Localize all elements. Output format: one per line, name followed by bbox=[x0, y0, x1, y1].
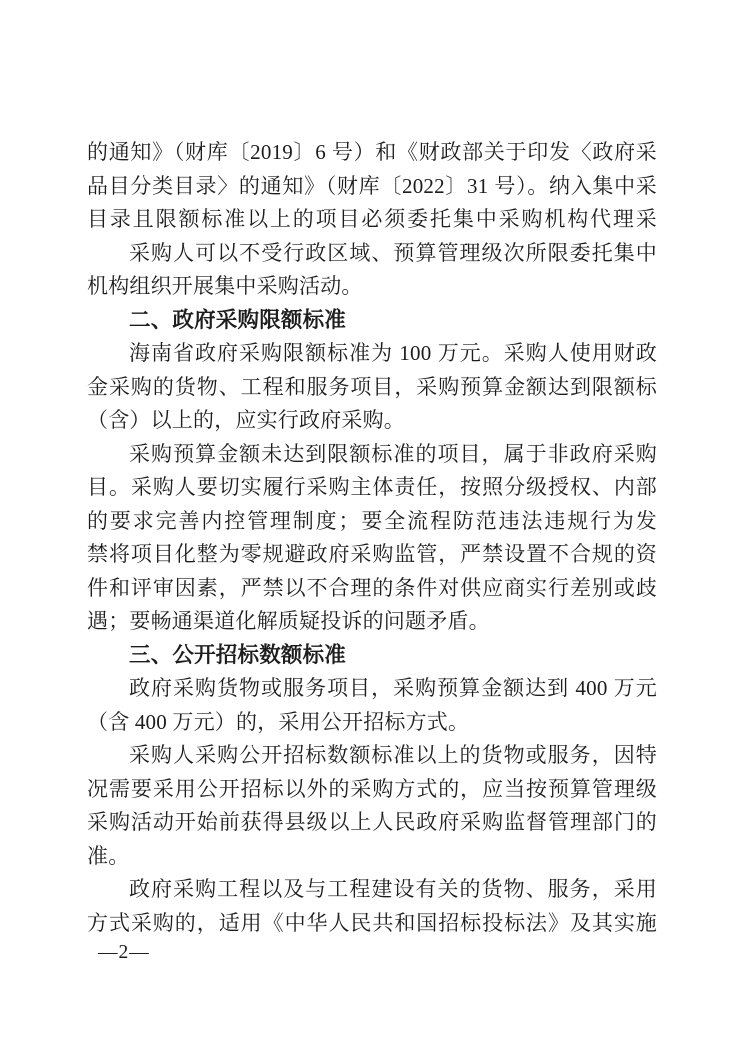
text-line: 方式采购的，适用《中华人民共和国招标投标法》及其实施条例； bbox=[87, 907, 657, 941]
section-heading: 二、政府采购限额标准 bbox=[87, 304, 657, 338]
document-page: 的通知》（财库〔2019〕6 号）和《财政部关于印发〈政府采购 品目分类目录〉的… bbox=[0, 0, 750, 1061]
text-line: 目录且限额标准以上的项目必须委托集中采购机构代理采购。 bbox=[87, 203, 657, 237]
text-line: 的通知》（财库〔2019〕6 号）和《财政部关于印发〈政府采购 bbox=[87, 136, 657, 170]
text-line: （含 400 万元）的，采用公开招标方式。 bbox=[87, 706, 657, 740]
text-line: 品目分类目录〉的通知》（财库〔2022〕31 号）。纳入集中采购 bbox=[87, 170, 657, 204]
section-heading: 三、公开招标数额标准 bbox=[87, 639, 657, 673]
page-number: —2— bbox=[98, 942, 150, 964]
text-line: 况需要采用公开招标以外的采购方式的，应当按预算管理级次在 bbox=[87, 773, 657, 807]
text-line: 采购人采购公开招标数额标准以上的货物或服务，因特殊情 bbox=[87, 739, 657, 773]
text-line: 采购预算金额未达到限额标准的项目，属于非政府采购项 bbox=[87, 438, 657, 472]
text-block: 的通知》（财库〔2019〕6 号）和《财政部关于印发〈政府采购 品目分类目录〉的… bbox=[87, 136, 657, 940]
text-line: 件和评审因素，严禁以不合理的条件对供应商实行差别或歧视待 bbox=[87, 572, 657, 606]
text-line: 采购人可以不受行政区域、预算管理级次所限委托集中采购 bbox=[87, 237, 657, 271]
text-line: 采购活动开始前获得县级以上人民政府采购监督管理部门的批 bbox=[87, 806, 657, 840]
text-line: 目。采购人要切实履行采购主体责任，按照分级授权、内部牵制 bbox=[87, 471, 657, 505]
text-line: 禁将项目化整为零规避政府采购监管，严禁设置不合规的资格条 bbox=[87, 538, 657, 572]
text-line: 的要求完善内控管理制度；要全流程防范违法违规行为发生，严 bbox=[87, 505, 657, 539]
text-line: 政府采购货物或服务项目，采购预算金额达到 400 万元以上 bbox=[87, 672, 657, 706]
text-line: 政府采购工程以及与工程建设有关的货物、服务，采用招标 bbox=[87, 873, 657, 907]
text-line: 准。 bbox=[87, 840, 657, 874]
text-line: 海南省政府采购限额标准为 100 万元。采购人使用财政性资 bbox=[87, 337, 657, 371]
text-line: （含）以上的，应实行政府采购。 bbox=[87, 404, 657, 438]
text-line: 金采购的货物、工程和服务项目，采购预算金额达到限额标准 bbox=[87, 371, 657, 405]
text-line: 机构组织开展集中采购活动。 bbox=[87, 270, 657, 304]
text-line: 遇；要畅通渠道化解质疑投诉的问题矛盾。 bbox=[87, 605, 657, 639]
